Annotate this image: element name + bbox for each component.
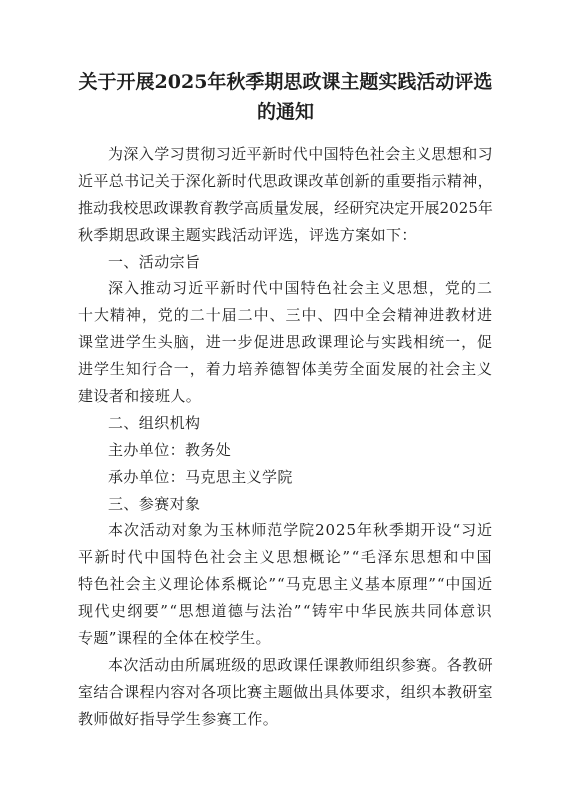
text-line: 为深入学习贯彻习近平新时代中国特色社会主义思想和习 xyxy=(78,141,493,168)
section-heading: 三、参赛对象 xyxy=(78,491,493,518)
document-page: 关于开展2025年秋季期思政课主题实践活动评选 的通知 为深入学习贯彻习近平新时… xyxy=(0,0,571,803)
text-line: 本次活动对象为玉林师范学院2025年秋季期开设“习近 xyxy=(78,517,493,544)
document-title-line: 关于开展2025年秋季期思政课主题实践活动评选 xyxy=(0,67,571,97)
text-line: 深入推动习近平新时代中国特色社会主义思想，党的二 xyxy=(78,275,493,302)
text-line: 秋季期思政课主题实践活动评选，评选方案如下： xyxy=(78,222,493,249)
text-line: 特色社会主义理论体系概论”“马克思主义基本原理”“中国近 xyxy=(78,571,493,598)
text-line: 课堂进学生头脑，进一步促进思政课理论与实践相统一，促 xyxy=(78,329,493,356)
text-line: 现代史纲要”“思想道德与法治”“铸牢中华民族共同体意识 xyxy=(78,598,493,625)
text-line: 平新时代中国特色社会主义思想概论”“毛泽东思想和中国 xyxy=(78,544,493,571)
section-heading: 一、活动宗旨 xyxy=(78,249,493,276)
section-heading: 二、组织机构 xyxy=(78,410,493,437)
text-line: 推动我校思政课教育教学高质量发展，经研究决定开展2025年 xyxy=(78,195,493,222)
text-line: 进学生知行合一，着力培养德智体美劳全面发展的社会主义 xyxy=(78,356,493,383)
text-line: 本次活动由所属班级的思政课任课教师组织参赛。各教研 xyxy=(78,652,493,679)
text-line: 建设者和接班人。 xyxy=(78,383,493,410)
document-title: 关于开展2025年秋季期思政课主题实践活动评选 的通知 xyxy=(0,67,571,127)
document-body: 为深入学习贯彻习近平新时代中国特色社会主义思想和习近平总书记关于深化新时代思政课… xyxy=(78,141,493,733)
text-line: 专题”课程的全体在校学生。 xyxy=(78,625,493,652)
text-line: 主办单位：教务处 xyxy=(78,437,493,464)
text-line: 室结合课程内容对各项比赛主题做出具体要求，组织本教研室 xyxy=(78,679,493,706)
text-line: 近平总书记关于深化新时代思政课改革创新的重要指示精神， xyxy=(78,168,493,195)
text-line: 教师做好指导学生参赛工作。 xyxy=(78,706,493,733)
text-line: 十大精神，党的二十届二中、三中、四中全会精神进教材进 xyxy=(78,302,493,329)
text-line: 承办单位：马克思主义学院 xyxy=(78,464,493,491)
document-title-line: 的通知 xyxy=(0,97,571,127)
